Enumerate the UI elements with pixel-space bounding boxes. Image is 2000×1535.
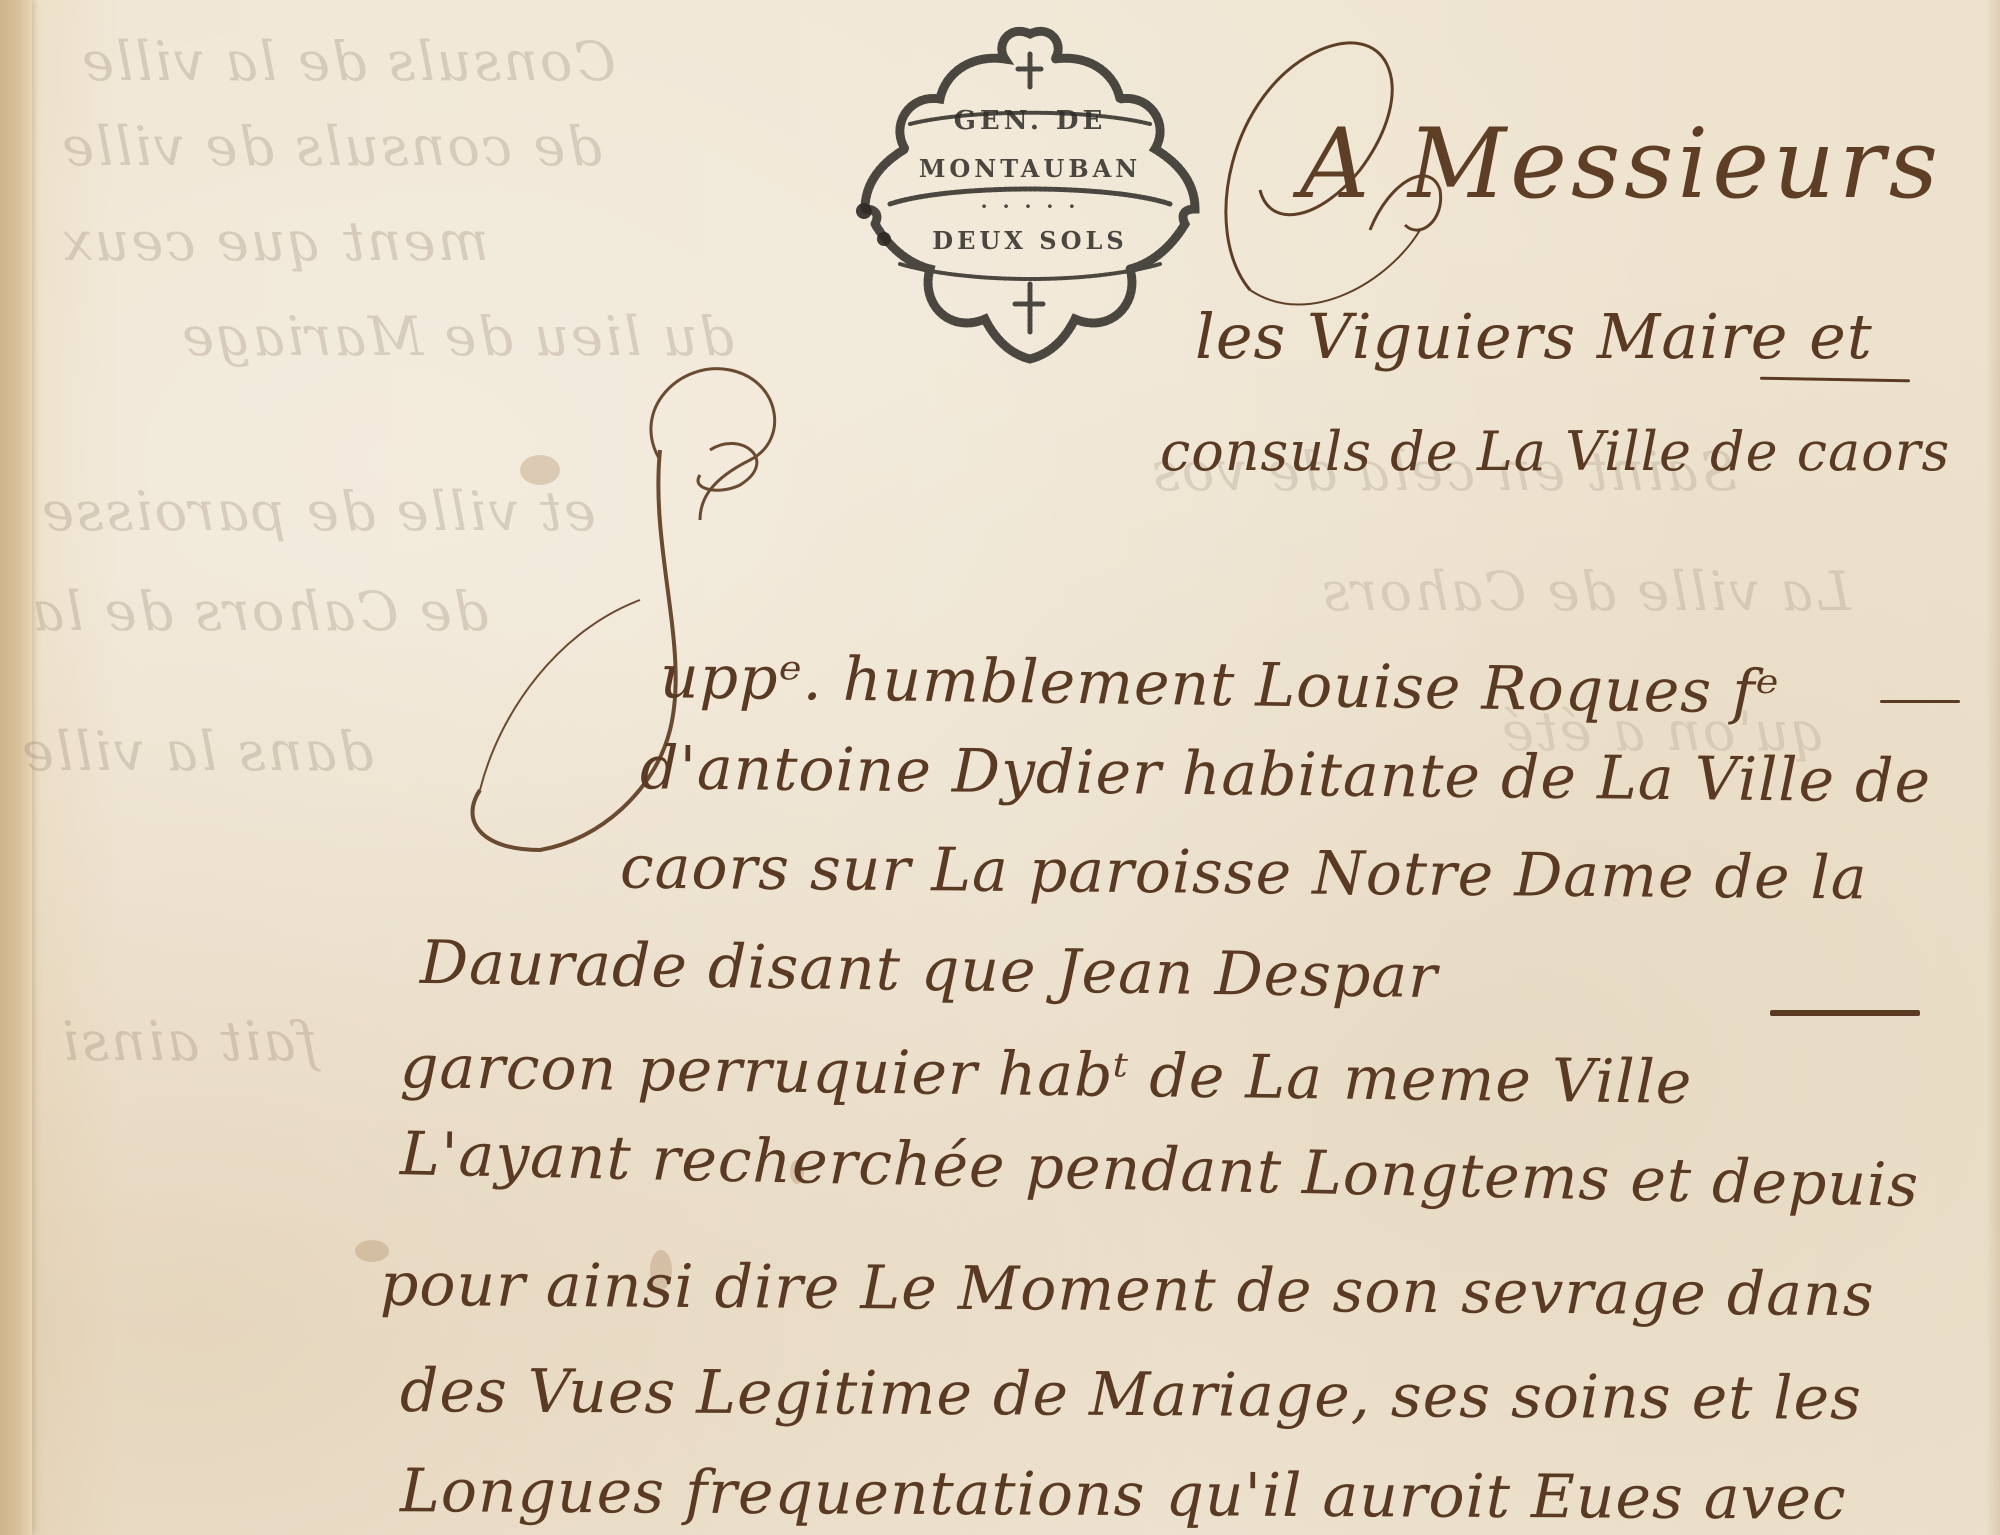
stamp-line-2: MONTAUBAN bbox=[850, 154, 1210, 183]
bleed-through-line: de Cahors de la bbox=[30, 580, 488, 643]
body-line-9: Longues frequentations qu'il auroit Eues… bbox=[400, 1456, 1847, 1534]
stamp-line-3: · · · · · bbox=[850, 194, 1210, 218]
stamp-cartouche-icon bbox=[850, 14, 1210, 364]
bleed-through-line: et ville de paroisse bbox=[40, 480, 596, 543]
bleed-through-line: de consuls de ville bbox=[60, 115, 602, 178]
bleed-through-line: dans la ville bbox=[20, 720, 373, 783]
body-line-5: garcon perruquier habᵗ de La meme Ville bbox=[400, 1032, 1693, 1118]
body-line-8: des Vues Legitime de Mariage, ses soins … bbox=[400, 1356, 1862, 1434]
tax-stamp: GEN. DE MONTAUBAN · · · · · DEUX SOLS bbox=[850, 14, 1210, 364]
body-line-7: pour ainsi dire Le Moment de son sevrage… bbox=[380, 1250, 1875, 1330]
stamp-line-4: DEUX SOLS bbox=[850, 226, 1210, 255]
manuscript-page: Consuls de la ville de consuls de ville … bbox=[0, 0, 2000, 1535]
line-end-stroke bbox=[1770, 1010, 1920, 1016]
body-line-3: caors sur La paroisse Notre Dame de la bbox=[620, 833, 1868, 914]
stamp-line-1: GEN. DE bbox=[850, 106, 1210, 136]
paper-right-edge bbox=[1986, 0, 2000, 1535]
bleed-through-line: ment que ceux bbox=[60, 210, 489, 273]
heading-underline bbox=[1760, 377, 1910, 383]
address-line-3: consuls de La Ville de caors bbox=[1160, 420, 1950, 483]
line-end-stroke bbox=[1880, 700, 1960, 703]
bleed-through-line: du lieu de Mariage bbox=[180, 305, 734, 368]
bleed-through-line: Consuls de la ville bbox=[80, 30, 616, 93]
body-line-1: uppᵉ. humblement Louise Roques fᵉ bbox=[660, 642, 1781, 728]
bleed-through-line: La ville de Cahors bbox=[1320, 560, 1851, 623]
address-line-2: les Viguiers Maire et bbox=[1195, 300, 1873, 373]
address-salutation: A Messieurs bbox=[1300, 108, 1942, 220]
body-line-2: d'antoine Dydier habitante de La Ville d… bbox=[640, 733, 1932, 817]
body-line-6: L'ayant recherchée pendant Longtems et d… bbox=[399, 1119, 1919, 1221]
bleed-through-line: fait ainsi bbox=[60, 1010, 318, 1073]
body-line-4: Daurade disant que Jean Despar bbox=[420, 928, 1439, 1012]
